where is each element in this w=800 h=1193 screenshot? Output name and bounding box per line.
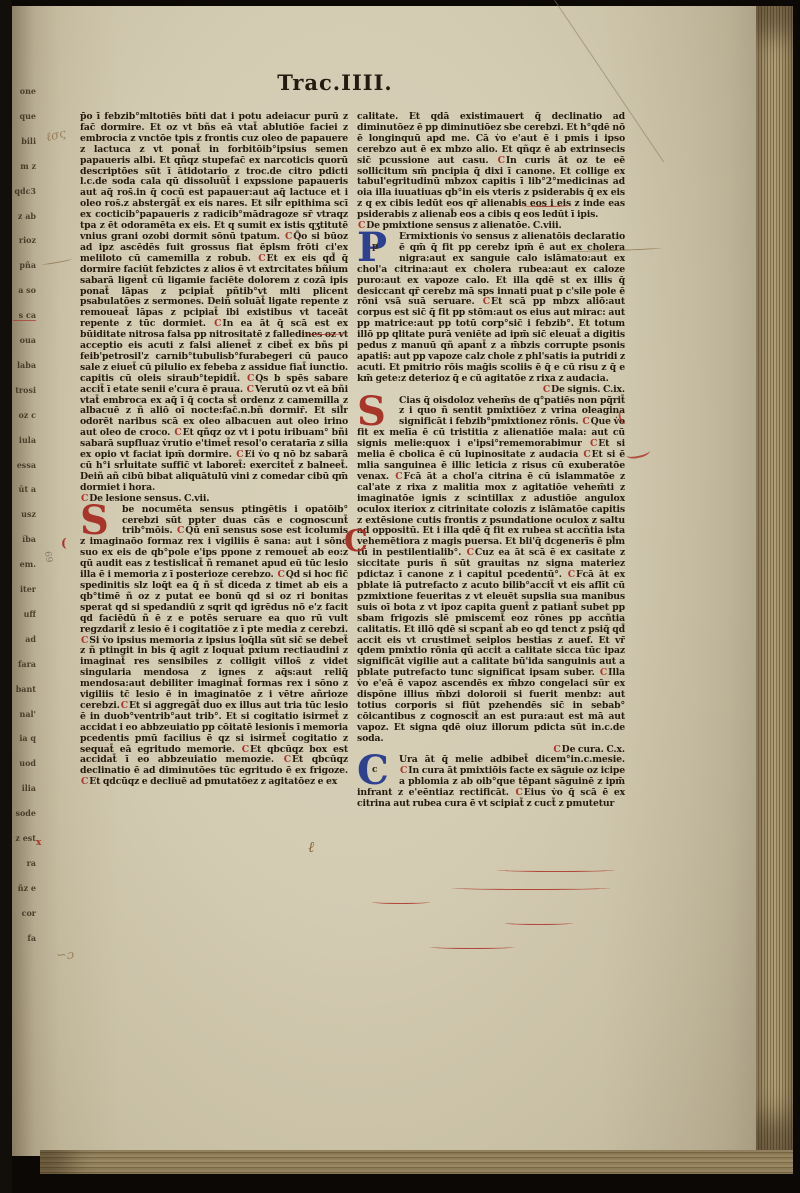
facing-page-fragment: em.	[13, 559, 36, 569]
paragraph: CcUra āt q̄ melie adbibet̄ dicem°in.c.me…	[357, 755, 625, 810]
facing-page-fragment: bili	[13, 136, 36, 146]
facing-page-fragment: ra	[13, 858, 36, 868]
page-stack-bottom	[40, 1150, 793, 1174]
pilcrow-mark: C	[582, 449, 591, 460]
running-head: Trac.IIII.	[245, 70, 425, 95]
facing-page-fragment: iter	[13, 584, 36, 594]
facing-page-fragments: onequebilim zqdc3z abriozpñaa sos caoual…	[13, 86, 36, 958]
red-margin-paren: (	[61, 536, 67, 550]
pilcrow-mark: C	[284, 231, 293, 242]
pilcrow-mark: C	[80, 635, 89, 646]
paragraph: p̄o ī febzib°mltotiēs bñti dat̄ i potu a…	[80, 112, 348, 493]
text-column-right: calitate. Et qdā existimauert q̄ declina…	[357, 112, 625, 952]
paragraph: PpErmixtionis v̇o sensus z alienatōis de…	[357, 232, 625, 385]
facing-page-fragment: essa	[13, 460, 36, 470]
pilcrow-mark: C	[246, 373, 255, 384]
initial-letter: S	[80, 504, 109, 538]
facing-page-fragment: iula	[13, 435, 36, 445]
illuminated-initial: S	[357, 397, 395, 428]
pilcrow-mark: C	[482, 296, 491, 307]
red-margin-x: x	[36, 838, 41, 848]
pilcrow-mark: C	[246, 384, 255, 395]
facing-page-fragment: a so	[13, 285, 36, 295]
facing-page-fragment: laba	[13, 360, 36, 370]
pilcrow-mark: C	[213, 318, 222, 329]
facing-page-fragment: z ab	[13, 211, 36, 221]
paragraph-text: Cias q̄ oisdoloz vehem̄s de q°patiēs non…	[357, 395, 625, 744]
facing-page-fragment: ñz e	[13, 883, 36, 893]
pilcrow-mark: C	[567, 569, 576, 580]
pilcrow-mark: C	[276, 569, 285, 580]
facing-page-fragment: ia q	[13, 733, 36, 743]
red-underline-last-line	[430, 945, 514, 949]
facing-page-fragment: ad	[13, 634, 36, 644]
pilcrow-mark: C	[552, 744, 561, 755]
facing-page-fragment: ūt a	[13, 484, 36, 494]
pilcrow-mark: C	[120, 700, 129, 711]
pilcrow-mark: C	[514, 787, 523, 798]
illuminated-initial: S	[80, 506, 118, 537]
facing-page-fragment: z est	[13, 833, 36, 843]
paragraph-text: Ura āt q̄ melie adbibet̄ dicem°in.c.mesi…	[357, 754, 625, 809]
facing-page-fragment: fa	[13, 933, 36, 943]
pilcrow-mark: C	[257, 253, 266, 264]
facing-page-fragment: pña	[13, 260, 36, 270]
ink-letter-mark: ℓ	[308, 838, 314, 857]
facing-page-fragment: íba	[13, 534, 36, 544]
initial-letter: S	[357, 395, 386, 429]
paragraph: SCias q̄ oisdoloz vehem̄s de q°patiēs no…	[357, 396, 625, 745]
bottom-pen-trial: ∽ɔ	[56, 948, 74, 963]
facing-page-fragment: ilia	[13, 783, 36, 793]
facing-page-fragment: qdc3	[13, 186, 36, 196]
paragraph: calitate. Et qdā existimauert q̄ declina…	[357, 112, 625, 220]
facing-page-fragment: nal'	[13, 709, 36, 719]
book-photo: { "page": { "running_head": "Trac.IIII."…	[0, 0, 800, 1193]
page-stack-right	[756, 6, 793, 1156]
pilcrow-mark: C	[241, 744, 250, 755]
pilcrow-mark: C	[581, 416, 590, 427]
pencil-note: 69	[42, 550, 54, 563]
facing-page-fragment: rioz	[13, 235, 36, 245]
facing-page-fragment: oua	[13, 335, 36, 345]
facing-page-fragment: uff	[13, 609, 36, 619]
pilcrow-mark: C	[497, 155, 506, 166]
pilcrow-mark: C	[283, 754, 292, 765]
pilcrow-mark: C	[394, 471, 403, 482]
pilcrow-mark: C	[542, 384, 551, 395]
facing-page-fragment: fara	[13, 659, 36, 669]
pilcrow-mark: C	[466, 547, 475, 558]
red-underline-in-cura	[372, 900, 430, 904]
facing-page-fragment: uod	[13, 758, 36, 768]
facing-page-fragment: usz	[13, 509, 36, 519]
pilcrow-mark: C	[235, 449, 244, 460]
large-pilcrow-mark: C	[344, 524, 368, 559]
illuminated-initial: Cc	[357, 756, 395, 787]
pilcrow-mark: C	[599, 667, 608, 678]
paragraph: Sbe nocumēta sensus ptingētis i opatōib°…	[80, 505, 348, 789]
facing-page-fragment: s ca	[13, 310, 36, 321]
pilcrow-mark: C	[399, 765, 408, 776]
red-underline-dicem	[452, 886, 610, 890]
facing-page-fragment: sode	[13, 808, 36, 818]
facing-page-fragment: oz c	[13, 410, 36, 420]
paragraph-text: Ermixtionis v̇o sensus z alienatōis decl…	[357, 231, 625, 384]
facing-page-fragment: one	[13, 86, 36, 96]
facing-page-fragment: que	[13, 111, 36, 121]
facing-page-fragment: cor	[13, 908, 36, 918]
binding-edge	[0, 0, 12, 1193]
pilcrow-mark: C	[80, 776, 89, 787]
paragraph-text: be nocumēta sensus ptingētis i opatōib° …	[80, 504, 348, 788]
facing-page-fragment: bant	[13, 684, 36, 694]
guide-letter: c	[372, 765, 377, 776]
guide-letter: p	[372, 242, 378, 253]
pilcrow-mark: C	[176, 525, 185, 536]
pilcrow-mark: C	[173, 427, 182, 438]
red-underline-eius	[505, 921, 573, 925]
pilcrow-mark: C	[589, 438, 598, 449]
text-column-left: p̄o ī febzib°mltotiēs bñti dat̄ i potu a…	[80, 112, 348, 952]
facing-page-fragment: trosi	[13, 385, 36, 395]
red-underline-medicinas	[518, 203, 572, 207]
facing-page-fragment: m z	[13, 161, 36, 171]
illuminated-initial: Pp	[357, 233, 395, 264]
red-underline-left-col	[300, 331, 348, 335]
red-underline-de-cura	[497, 868, 615, 872]
